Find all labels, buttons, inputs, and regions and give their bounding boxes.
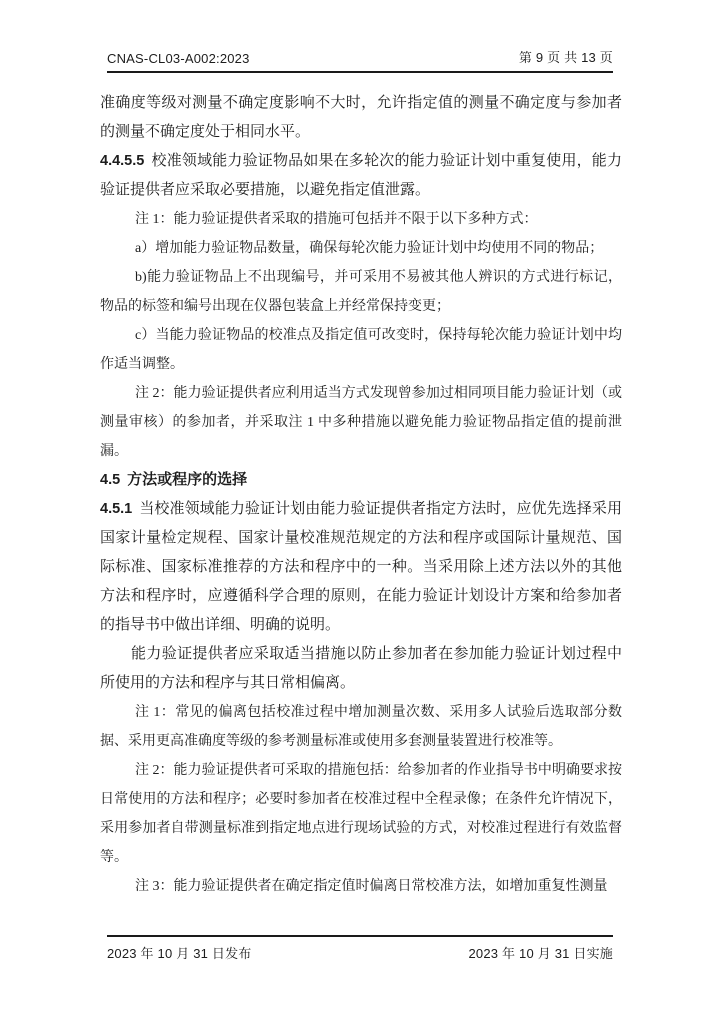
implement-date: 2023 年 10 月 31 日实施 (469, 943, 614, 962)
release-date: 2023 年 10 月 31 日发布 (107, 943, 252, 962)
clause-text: 当校准领域能力验证计划由能力验证提供者指定方法时，应优先选择采用国家计量检定规程… (100, 501, 622, 633)
note-item-a: a）增加能力验证物品数量，确保每轮次能力验证计划中均使用不同的物品； (100, 234, 622, 263)
paragraph-continuation: 准确度等级对测量不确定度影响不大时，允许指定值的测量不确定度与参加者的测量不确定… (100, 89, 622, 147)
note-1: 注 1：能力验证提供者采取的措施可包括并不限于以下多种方式： (100, 205, 622, 234)
page-indicator: 第 9 页 共 13 页 (519, 47, 613, 66)
note-2-methods: 注 2：能力验证提供者可采取的措施包括：给参加者的作业指导书中明确要求按日常使用… (100, 756, 622, 872)
page-footer: 2023 年 10 月 31 日发布 2023 年 10 月 31 日实施 (107, 935, 613, 962)
clause-4-4-5-5: 4.4.5.5校准领域能力验证物品如果在多轮次的能力验证计划中重复使用，能力验证… (100, 147, 622, 205)
note-item-b: b)能力验证物品上不出现编号，并可采用不易被其他人辨识的方式进行标记，物品的标签… (100, 263, 622, 321)
page-header: CNAS-CL03-A002:2023 第 9 页 共 13 页 (107, 47, 613, 73)
note-1-methods: 注 1：常见的偏离包括校准过程中增加测量次数、采用多人试验后选取部分数据、采用更… (100, 698, 622, 756)
clause-4-5-1: 4.5.1当校准领域能力验证计划由能力验证提供者指定方法时，应优先选择采用国家计… (100, 495, 622, 640)
heading-number: 4.5 (100, 472, 120, 488)
note-2: 注 2：能力验证提供者应利用适当方式发现曾参加过相同项目能力验证计划（或测量审核… (100, 379, 622, 466)
clause-number: 4.4.5.5 (100, 153, 144, 169)
paragraph-indented: 能力验证提供者应采取适当措施以防止参加者在参加能力验证计划过程中所使用的方法和程… (100, 640, 622, 698)
heading-title: 方法或程序的选择 (127, 472, 247, 488)
clause-number: 4.5.1 (100, 501, 132, 517)
clause-text: 校准领域能力验证物品如果在多轮次的能力验证计划中重复使用，能力验证提供者应采取必… (100, 153, 622, 198)
section-heading-4-5: 4.5方法或程序的选择 (100, 466, 622, 495)
doc-number: CNAS-CL03-A002:2023 (107, 51, 250, 66)
document-body: 准确度等级对测量不确定度影响不大时，允许指定值的测量不确定度与参加者的测量不确定… (100, 89, 622, 901)
note-item-c: c）当能力验证物品的校准点及指定值可改变时，保持每轮次能力验证计划中均作适当调整… (100, 321, 622, 379)
document-page: CNAS-CL03-A002:2023 第 9 页 共 13 页 准确度等级对测… (0, 0, 720, 1018)
note-3-methods: 注 3：能力验证提供者在确定指定值时偏离日常校准方法，如增加重复性测量 (100, 872, 622, 901)
